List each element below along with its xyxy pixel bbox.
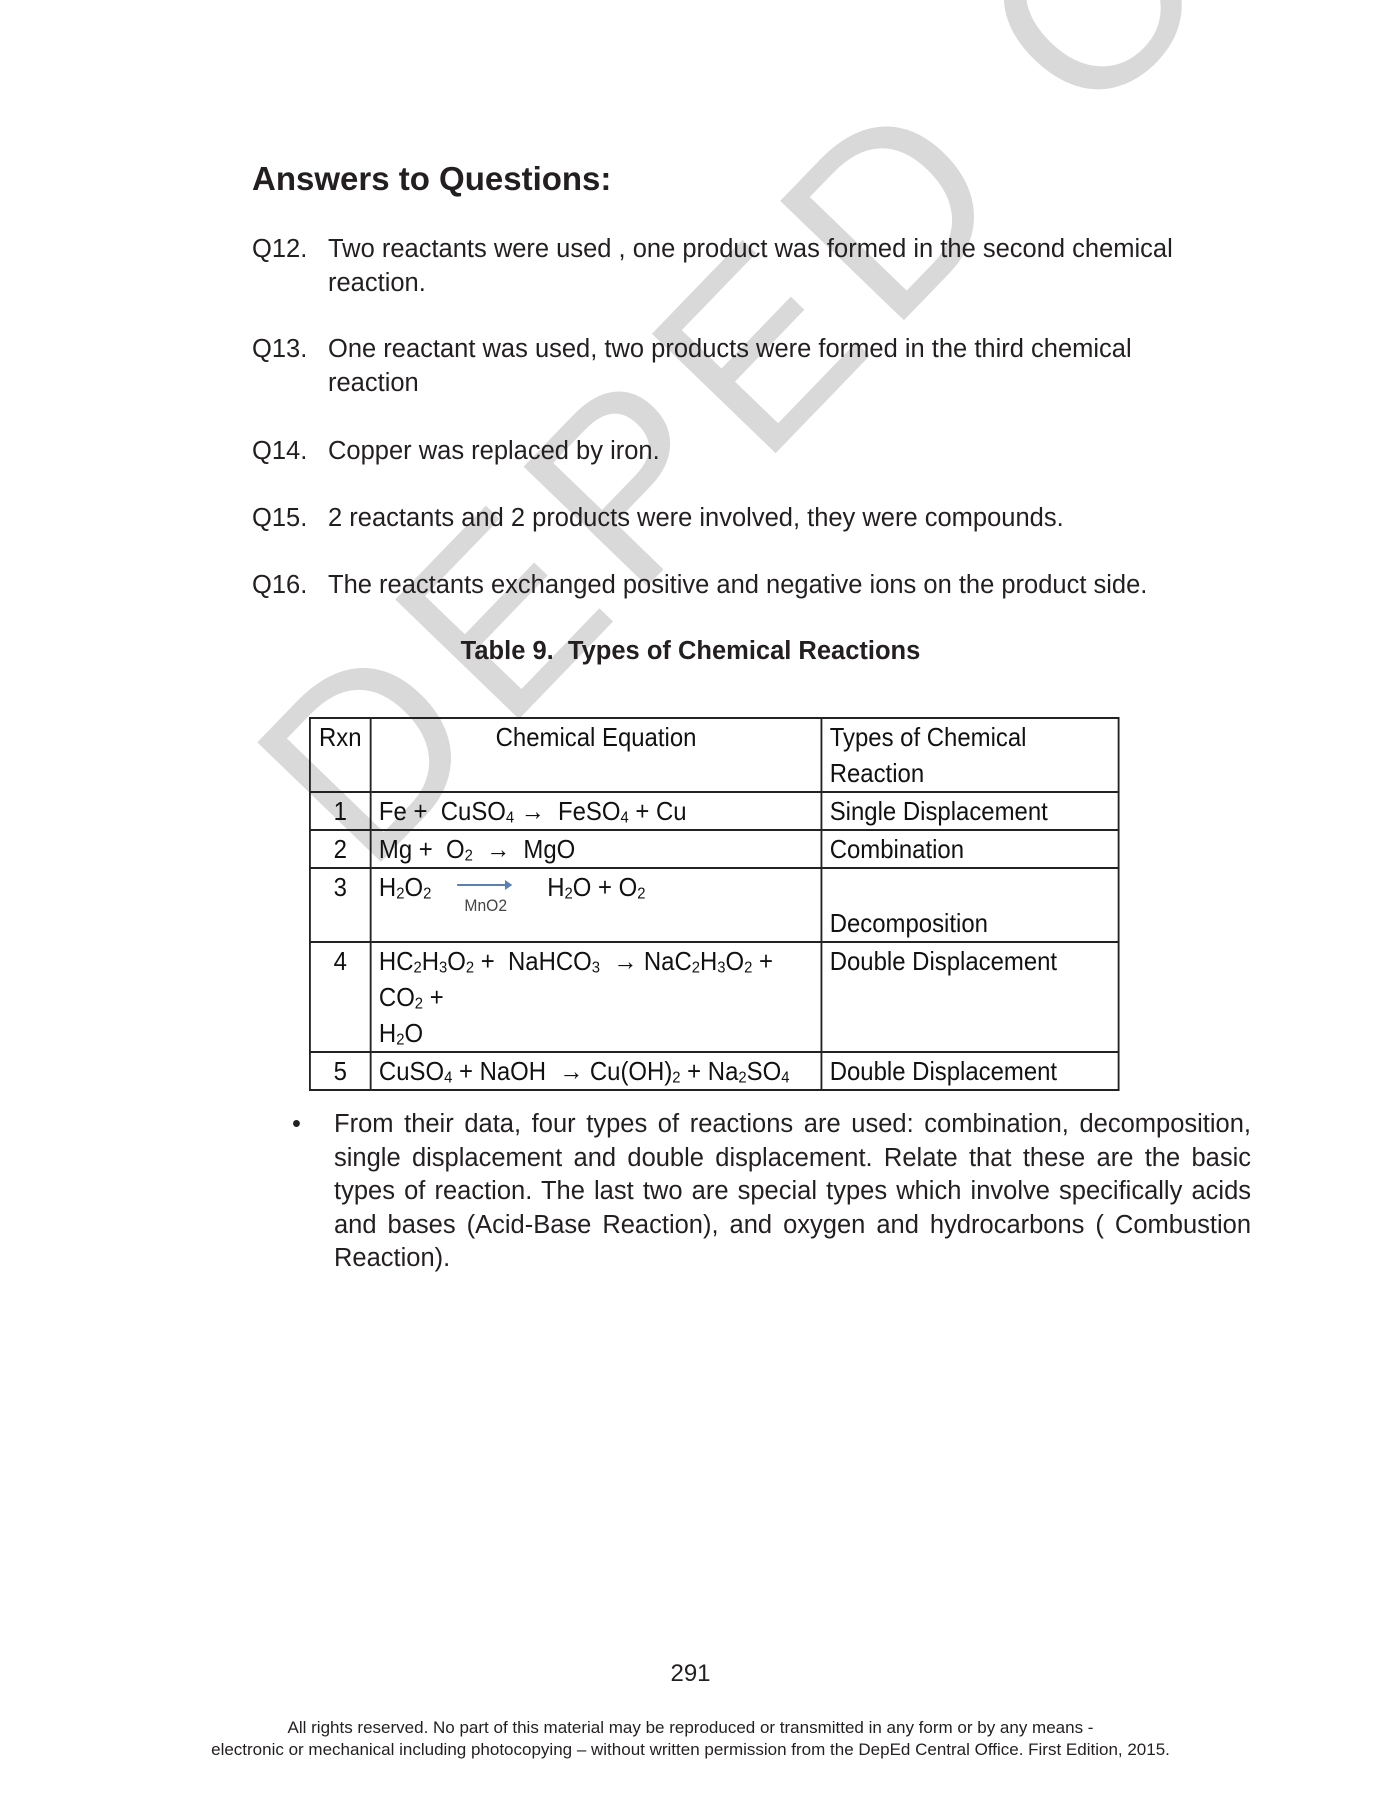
answer-q12: Q12.Two reactants were used , one produc… [252,232,1232,300]
table-caption-label: Table 9 [461,637,547,665]
equation: CuSO4 + NaOH → Cu(OH)2 + Na2SO4 [371,1052,822,1090]
reaction-type: Double Displacement [821,942,1118,1052]
table-row: 3 H2O2MnO2H2O + O2 Decomposition [310,868,1119,942]
table-header-row: Rxn Chemical Equation Types of Chemical … [310,718,1119,792]
answer-q15: Q15.2 reactants and 2 products were invo… [252,501,1232,535]
reaction-type: Double Displacement [821,1052,1118,1090]
table-row: 5 CuSO4 + NaOH → Cu(OH)2 + Na2SO4 Double… [310,1052,1119,1090]
rxn-number: 1 [310,792,371,830]
answer-text-cont: reaction [252,366,1232,400]
col-equation: Chemical Equation [371,718,822,792]
rxn-number: 2 [310,830,371,868]
answer-number: Q16. [252,568,328,602]
table-caption-title: Types of Chemical Reactions [568,637,920,665]
catalyst-label: MnO2 [464,897,507,915]
rxn-number: 3 [310,868,371,942]
footer-line-2: electronic or mechanical including photo… [0,1739,1381,1761]
answer-q14: Q14.Copper was replaced by iron. [252,434,1232,468]
footer-line-1: All rights reserved. No part of this mat… [0,1717,1381,1739]
equation: H2O2MnO2H2O + O2 [371,868,822,942]
table-row: 1 Fe + CuSO4 → FeSO4 + Cu Single Displac… [310,792,1119,830]
table-caption: Table 9. Types of Chemical Reactions [0,637,1381,666]
page: Answers to Questions: Q12.Two reactants … [0,0,1381,1800]
answer-text: One reactant was used, two products were… [328,335,1132,363]
answer-number: Q12. [252,232,328,266]
bullet-icon: • [292,1108,301,1142]
reactions-table: Rxn Chemical Equation Types of Chemical … [309,717,1120,1091]
answer-text-cont: reaction. [252,266,1232,300]
answer-q16: Q16.The reactants exchanged positive and… [252,568,1232,602]
bullet-text: From their data, four types of reactions… [334,1108,1251,1276]
col-type: Types of Chemical Reaction [821,718,1118,792]
page-number: 291 [0,1660,1381,1688]
rxn-number: 4 [310,942,371,1052]
table-row: 4 HC2H3O2 + NaHCO3 → NaC2H3O2 + CO2 +H2O… [310,942,1119,1052]
reaction-type: Single Displacement [821,792,1118,830]
page-heading: Answers to Questions: [252,160,611,198]
rxn-number: 5 [310,1052,371,1090]
answer-number: Q13. [252,332,328,366]
answer-q13: Q13.One reactant was used, two products … [252,332,1232,400]
answer-text: The reactants exchanged positive and neg… [328,571,1147,599]
col-rxn: Rxn [310,718,371,792]
copyright-footer: All rights reserved. No part of this mat… [0,1717,1381,1761]
equation: Fe + CuSO4 → FeSO4 + Cu [371,792,822,830]
answer-text: 2 reactants and 2 products were involved… [328,504,1064,532]
arrow-icon [457,884,510,886]
answer-number: Q15. [252,501,328,535]
catalyst-arrow: MnO2 [452,869,524,897]
equation: Mg + O2 → MgO [371,830,822,868]
table-row: 2 Mg + O2 → MgO Combination [310,830,1119,868]
reaction-type: Combination [821,830,1118,868]
answer-number: Q14. [252,434,328,468]
reaction-type: Decomposition [821,868,1118,942]
answer-text: Two reactants were used , one product wa… [328,235,1173,263]
answer-text: Copper was replaced by iron. [328,437,660,465]
equation: HC2H3O2 + NaHCO3 → NaC2H3O2 + CO2 +H2O [371,942,822,1052]
